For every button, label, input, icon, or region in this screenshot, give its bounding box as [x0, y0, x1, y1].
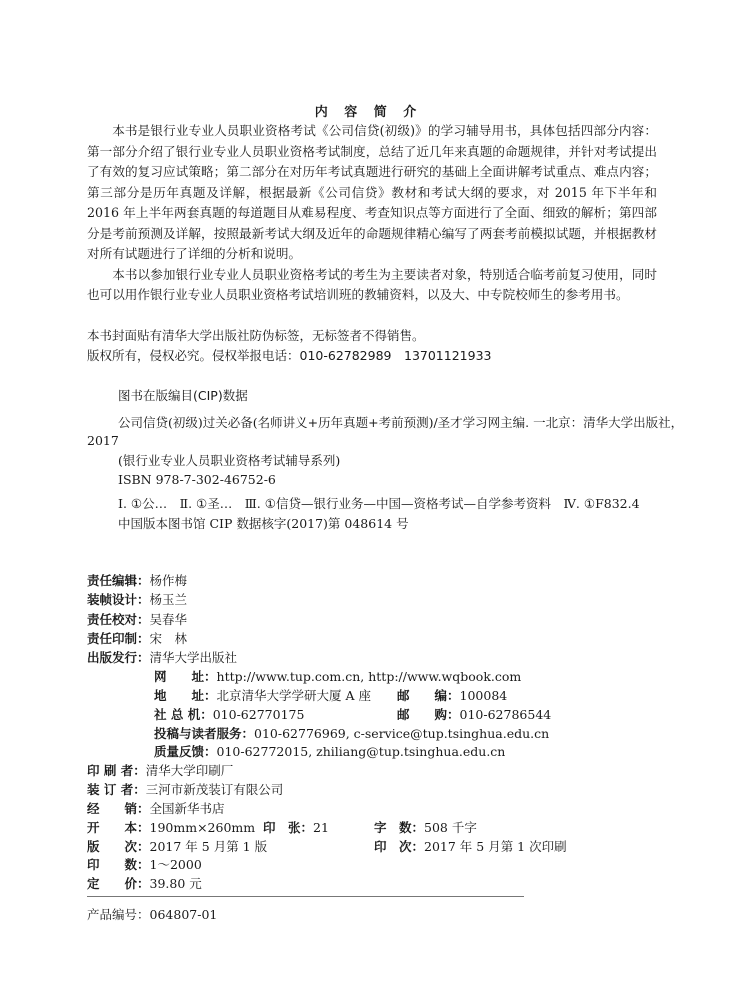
- credit-address: 地 址：北京清华大学学研大厦 A 座: [154, 686, 371, 704]
- credit-edition: 版 次：2017 年 5 月第 1 版: [87, 837, 267, 855]
- credit-sheets: 印 张：21: [263, 818, 329, 836]
- cip-verification: 中国版本图书馆 CIP 数据核字(2017)第 048614 号: [118, 513, 409, 534]
- copyright-notice: 版权所有，侵权必究。侵权举报电话：010-62782989 1370112193…: [87, 346, 491, 366]
- credit-print-run: 印 数：1～2000: [87, 855, 202, 873]
- page-title: 内 容 简 介: [0, 101, 737, 120]
- content-summary: 本书是银行业专业人员职业资格考试《公司信贷(初级)》的学习辅导用书，具体包括四部…: [87, 121, 657, 306]
- anti-counterfeit-notice: 本书封面贴有清华大学出版社防伪标签，无标签者不得销售。: [87, 326, 425, 346]
- credit-printing-supervisor: 责任印制：宋 林: [87, 629, 187, 647]
- cip-series: (银行业专业人员职业资格考试辅导系列): [118, 450, 340, 471]
- summary-paragraph-1: 本书是银行业专业人员职业资格考试《公司信贷(初级)》的学习辅导用书，具体包括四部…: [87, 121, 657, 265]
- credit-mail-order: 邮 购：010-62786544: [397, 705, 551, 723]
- credit-designer: 装帧设计：杨玉兰: [87, 590, 187, 608]
- credit-printer: 印 刷 者：清华大学印刷厂: [87, 761, 233, 779]
- credit-distributor: 经 销：全国新华书店: [87, 799, 225, 817]
- summary-paragraph-2: 本书以参加银行业专业人员职业资格考试的考生为主要读者对象，特别适合临考前复习使用…: [87, 265, 657, 306]
- credit-word-count: 字 数：508 千字: [374, 818, 477, 836]
- divider-line: [87, 896, 524, 897]
- credit-submissions: 投稿与读者服务：010-62776969, c-service@tup.tsin…: [154, 724, 549, 742]
- credit-proofreader: 责任校对：吴春华: [87, 610, 187, 628]
- cip-isbn: ISBN 978-7-302-46752-6: [118, 469, 276, 490]
- credit-price: 定 价：39.80 元: [87, 874, 202, 892]
- credit-format: 开 本：190mm×260mm: [87, 818, 255, 836]
- cip-classification: Ⅰ. ①公… Ⅱ. ①圣… Ⅲ. ①信贷—银行业务—中国—资格考试—自学参考资料…: [118, 493, 640, 514]
- product-code: 产品编号：064807-01: [87, 905, 217, 923]
- credit-editor: 责任编辑：杨作梅: [87, 571, 187, 589]
- credit-impression: 印 次：2017 年 5 月第 1 次印刷: [374, 837, 567, 855]
- credit-quality-feedback: 质量反馈：010-62772015, zhiliang@tup.tsinghua…: [154, 742, 505, 760]
- credit-website: 网 址：http://www.tup.com.cn, http://www.wq…: [154, 667, 521, 685]
- credit-switchboard: 社 总 机：010-62770175: [154, 705, 304, 723]
- credit-binder: 装 订 者：三河市新茂装订有限公司: [87, 780, 283, 798]
- cip-title-line: 公司信贷(初级)过关必备(名师讲义+历年真题+考前预测)/圣才学习网主编. 一北…: [118, 412, 683, 433]
- credit-publisher: 出版发行：清华大学出版社: [87, 648, 237, 666]
- cip-heading: 图书在版编目(CIP)数据: [118, 386, 248, 404]
- cip-title-line-cont: 2017: [87, 430, 119, 451]
- credit-postcode: 邮 编：100084: [397, 686, 507, 704]
